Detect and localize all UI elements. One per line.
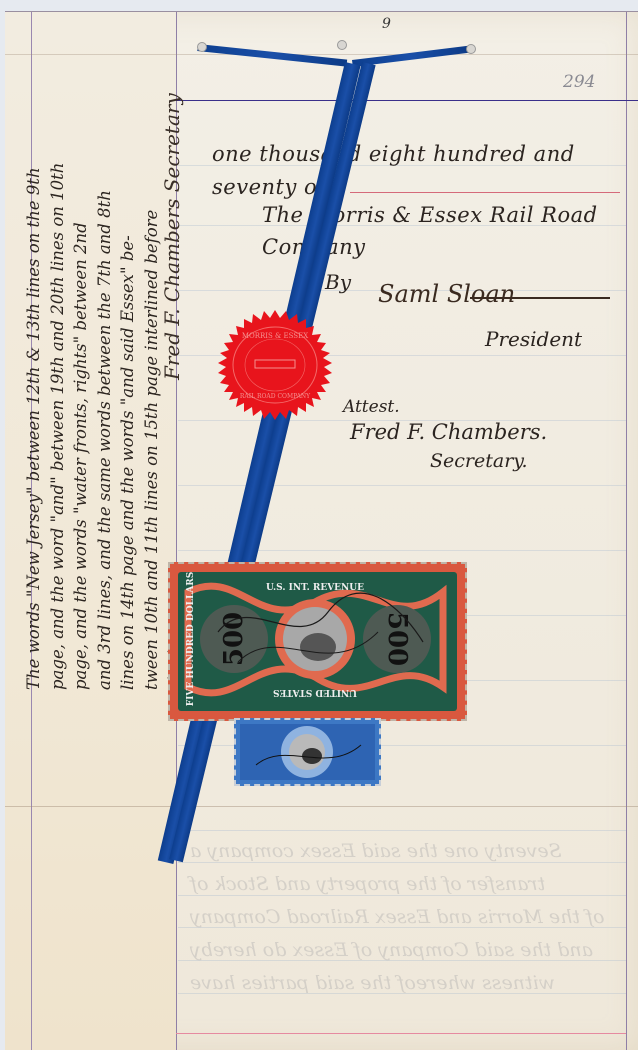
attest-label: Attest. <box>343 397 400 417</box>
ribbon-grommet <box>337 40 347 50</box>
bleed-through-line: Seventy one the said Essex company a <box>190 840 562 862</box>
folio-number: 294 <box>563 72 595 92</box>
body-line-1: one thousand eight hundred and <box>212 142 575 166</box>
revenue-stamp-500: 500 500 U.S. INT. REVENUE UNITED STATES … <box>168 562 467 721</box>
red-rule <box>350 192 620 193</box>
seal-text-top: MORRIS & ESSEX <box>242 332 308 340</box>
svg-text:U.S. INT. REVENUE: U.S. INT. REVENUE <box>266 583 364 593</box>
by-label: By <box>325 270 351 294</box>
company-seal: MORRIS & ESSEX RAIL ROAD COMPANY <box>207 310 343 420</box>
body-line-2: seventy o <box>212 175 317 199</box>
bleed-through-line: witness whereof the said parties have <box>190 972 555 994</box>
bleed-through-line: and the said Company of Essex do hereby <box>190 939 593 961</box>
right-margin-rule <box>626 11 627 1050</box>
svg-text:FIVE HUNDRED DOLLARS: FIVE HUNDRED DOLLARS <box>186 572 196 706</box>
ribbon-grommet <box>466 44 476 54</box>
revenue-stamp-blue <box>234 718 381 786</box>
svg-text:UNITED STATES: UNITED STATES <box>273 687 357 697</box>
ribbon-grommet <box>197 42 207 52</box>
president-signature: Saml Sloan <box>378 280 515 308</box>
secretary-signature: Fred F. Chambers. <box>350 420 547 444</box>
president-title: President <box>485 327 582 351</box>
bleed-through-line: of the Morris and Essex Railroad Company <box>190 906 604 928</box>
signature-flourish <box>470 297 610 299</box>
seal-text-bottom: RAIL ROAD COMPANY <box>240 393 311 400</box>
top-edge <box>5 11 638 12</box>
page-number: 9 <box>382 16 391 32</box>
secretary-title: Secretary. <box>430 450 528 472</box>
fold-crease-bottom <box>5 806 638 807</box>
fold-crease-top <box>5 54 638 55</box>
margin-secretary-signature: Fred F. Chambers Secretary <box>160 93 184 380</box>
bleed-through-line: transfer of the property and Stock of <box>190 873 545 895</box>
footer-red-rule <box>176 1033 626 1034</box>
header-rule <box>176 100 638 101</box>
